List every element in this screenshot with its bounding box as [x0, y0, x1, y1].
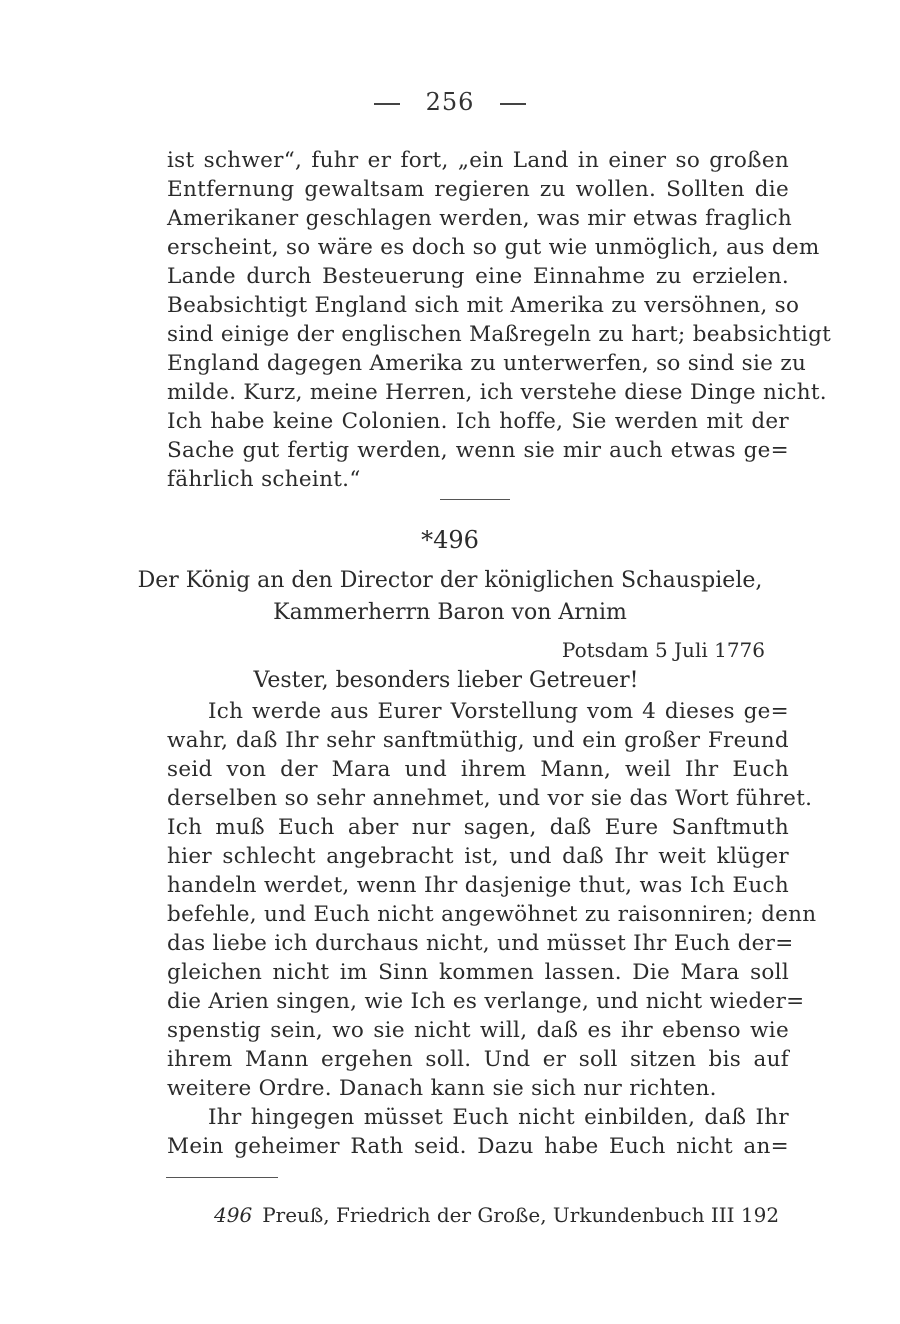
letter-number: *496 [0, 525, 900, 555]
text-line: Sache gut fertig werden, wenn sie mir au… [167, 436, 789, 465]
text-line: Ihr hingegen müsset Euch nicht einbilden… [167, 1103, 789, 1132]
text-line: erscheint, so wäre es doch so gut wie un… [167, 233, 789, 262]
text-line: Ich muß Euch aber nur sagen, daß Eure Sa… [167, 813, 789, 842]
place-date: Potsdam 5 Juli 1776 [562, 636, 765, 664]
text-line: ihrem Mann ergehen soll. Und er soll sit… [167, 1045, 789, 1074]
letter-title-line1: Der König an den Director der königliche… [0, 566, 900, 596]
text-line: Entfernung gewaltsam regieren zu wollen.… [167, 175, 789, 204]
footnote-text: Preuß, Friedrich der Große, Urkundenbuch… [262, 1203, 779, 1227]
dash-right [500, 103, 526, 105]
text-line: spenstig sein, wo sie nicht will, daß es… [167, 1016, 789, 1045]
text-line: Lande durch Besteuerung eine Einnahme zu… [167, 262, 789, 291]
text-line: seid von der Mara und ihrem Mann, weil I… [167, 755, 789, 784]
text-line: hier schlecht angebracht ist, und daß Ih… [167, 842, 789, 871]
footnote-number: 496 [214, 1203, 252, 1227]
page-number: 256 [0, 88, 900, 116]
text-line: sind einige der englischen Maßregeln zu … [167, 320, 789, 349]
book-page: 256 ist schwer“, fuhr er fort, „ein Land… [0, 0, 900, 1324]
text-line: Mein geheimer Rath seid. Dazu habe Euch … [167, 1132, 789, 1161]
footnote-rule [166, 1177, 278, 1178]
text-line: fährlich scheint.“ [167, 465, 789, 494]
footnote: 496Preuß, Friedrich der Große, Urkundenb… [214, 1200, 779, 1230]
text-line: Ich habe keine Colonien. Ich hoffe, Sie … [167, 407, 789, 436]
letter-title-line2: Kammerherrn Baron von Arnim [0, 598, 900, 628]
text-line: Ich werde aus Eurer Vorstellung vom 4 di… [167, 697, 789, 726]
section-divider [440, 499, 510, 500]
text-line: wahr, daß Ihr sehr sanftmüthig, und ein … [167, 726, 789, 755]
text-line: milde. Kurz, meine Herren, ich verstehe … [167, 378, 789, 407]
text-line: Beabsichtigt England sich mit Amerika zu… [167, 291, 789, 320]
text-line: Amerikaner geschlagen werden, was mir et… [167, 204, 789, 233]
text-line: England dagegen Amerika zu unterwerfen, … [167, 349, 789, 378]
text-line: weitere Ordre. Danach kann sie sich nur … [167, 1074, 789, 1103]
text-line: derselben so sehr annehmet, und vor sie … [167, 784, 789, 813]
text-line: ist schwer“, fuhr er fort, „ein Land in … [167, 146, 789, 175]
dash-left [374, 103, 400, 105]
text-line: die Arien singen, wie Ich es verlange, u… [167, 987, 789, 1016]
text-line: das liebe ich durchaus nicht, und müsset… [167, 929, 789, 958]
salutation: Vester, besonders lieber Getreuer! [0, 666, 896, 696]
text-line: gleichen nicht im Sinn kommen lassen. Di… [167, 958, 789, 987]
text-line: handeln werdet, wenn Ihr dasjenige thut,… [167, 871, 789, 900]
text-line: befehle, und Euch nicht angewöhnet zu ra… [167, 900, 789, 929]
